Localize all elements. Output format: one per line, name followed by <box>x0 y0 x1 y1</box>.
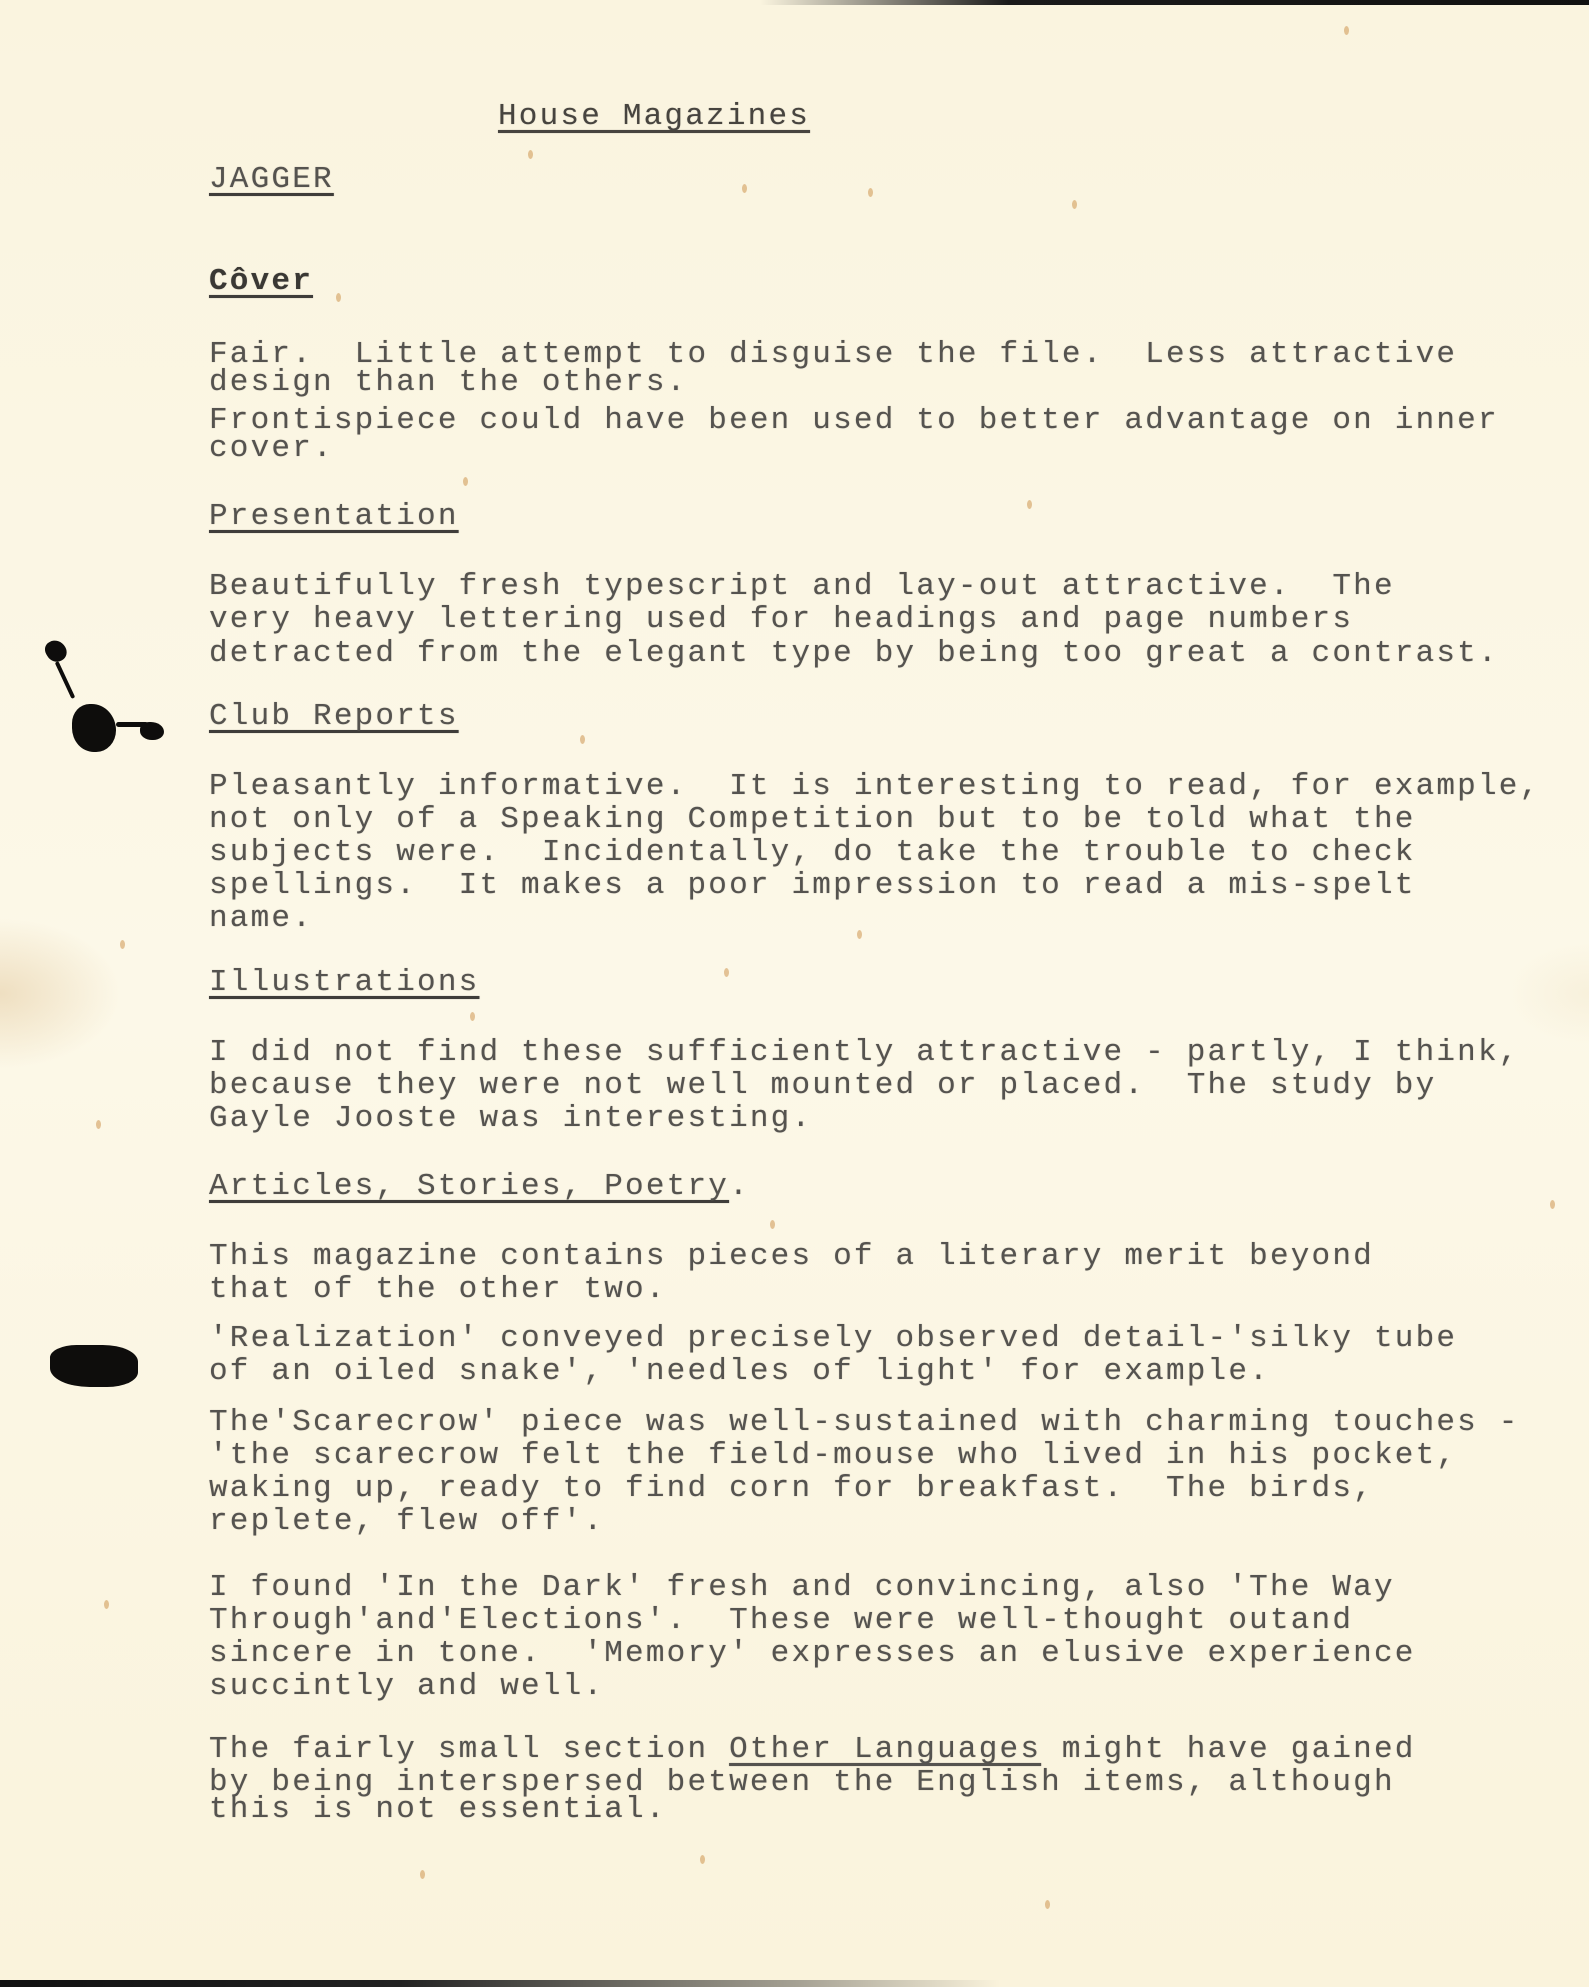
foxing-spot <box>724 968 729 977</box>
section-heading-cover: Côver <box>209 265 313 298</box>
foxing-spot <box>104 1600 109 1609</box>
scarecrow-text-line: The'Scarecrow' piece was well-sustained … <box>209 1406 1520 1439</box>
foxing-spot <box>463 477 468 486</box>
in-the-dark-text-line: sincere in tone. 'Memory' expresses an e… <box>209 1637 1416 1670</box>
other-languages-underlined: Other Languages <box>729 1732 1041 1767</box>
foxing-spot <box>1344 26 1349 35</box>
foxing-spot <box>868 188 873 197</box>
text-segment: The fairly small section <box>209 1732 729 1767</box>
ink-blot-drop <box>140 722 164 740</box>
other-languages-text-line: this is not essential. <box>209 1793 667 1826</box>
in-the-dark-text-line: succintly and well. <box>209 1670 604 1703</box>
other-languages-text-line: The fairly small section Other Languages… <box>209 1733 1416 1766</box>
document-title: House Magazines <box>498 100 810 133</box>
foxing-spot <box>742 184 747 193</box>
cover-text-line: Frontispiece could have been used to bet… <box>209 404 1499 437</box>
in-the-dark-text-line: I found 'In the Dark' fresh and convinci… <box>209 1571 1395 1604</box>
illustrations-text-line: I did not find these sufficiently attrac… <box>209 1036 1520 1069</box>
club-reports-text-line: Pleasantly informative. It is interestin… <box>209 770 1540 803</box>
foxing-spot <box>420 1870 425 1879</box>
illustrations-text-line: because they were not well mounted or pl… <box>209 1069 1436 1102</box>
realization-text-line: 'Realization' conveyed precisely observe… <box>209 1322 1457 1355</box>
foxing-spot <box>470 1012 475 1021</box>
cover-text-line: cover. <box>209 432 334 465</box>
in-the-dark-text-line: Through'and'Elections'. These were well-… <box>209 1604 1353 1637</box>
illustrations-text-line: Gayle Jooste was interesting. <box>209 1102 812 1135</box>
foxing-spot <box>1027 500 1032 509</box>
punch-hole-lower <box>50 1345 138 1387</box>
section-heading-illustrations: Illustrations <box>209 966 479 999</box>
scarecrow-text-line: replete, flew off'. <box>209 1505 604 1538</box>
scarecrow-text-line: 'the scarecrow felt the field-mouse who … <box>209 1439 1457 1472</box>
scan-edge-top <box>760 0 1589 5</box>
club-reports-text-line: subjects were. Incidentally, do take the… <box>209 836 1416 869</box>
magazine-name: JAGGER <box>209 163 334 196</box>
articles-text-line: that of the other two. <box>209 1273 667 1306</box>
realization-text-line: of an oiled snake', 'needles of light' f… <box>209 1355 1270 1388</box>
foxing-spot <box>700 1855 705 1864</box>
presentation-text-line: Beautifully fresh typescript and lay-out… <box>209 570 1395 603</box>
foxing-spot <box>580 735 585 744</box>
articles-heading-text: Articles, Stories, Poetry <box>209 1169 729 1204</box>
articles-heading-period: . <box>729 1169 750 1204</box>
typewritten-page: House Magazines JAGGER Côver Fair. Littl… <box>0 0 1589 1987</box>
foxing-spot <box>857 930 862 939</box>
foxing-spot <box>1045 1900 1050 1909</box>
scarecrow-text-line: waking up, ready to find corn for breakf… <box>209 1472 1374 1505</box>
ink-blot-stroke <box>55 661 76 699</box>
presentation-text-line: detracted from the elegant type by being… <box>209 637 1499 670</box>
cover-text-line: design than the others. <box>209 366 687 399</box>
foxing-spot <box>770 1220 775 1229</box>
club-reports-text-line: spellings. It makes a poor impression to… <box>209 869 1416 902</box>
club-reports-text-line: name. <box>209 902 313 935</box>
punch-hole-upper <box>72 704 116 752</box>
section-heading-presentation: Presentation <box>209 500 459 533</box>
foxing-spot <box>528 150 533 159</box>
text-segment: might have gained <box>1041 1732 1415 1767</box>
articles-text-line: This magazine contains pieces of a liter… <box>209 1240 1374 1273</box>
presentation-text-line: very heavy lettering used for headings a… <box>209 603 1353 636</box>
section-heading-club-reports: Club Reports <box>209 700 459 733</box>
foxing-spot <box>1550 1200 1555 1209</box>
scan-edge-bottom <box>0 1980 1000 1987</box>
foxing-spot <box>336 293 341 302</box>
foxing-spot <box>96 1120 101 1129</box>
foxing-spot <box>120 940 125 949</box>
club-reports-text-line: not only of a Speaking Competition but t… <box>209 803 1416 836</box>
foxing-spot <box>1072 200 1077 209</box>
section-heading-articles: Articles, Stories, Poetry. <box>209 1170 750 1203</box>
